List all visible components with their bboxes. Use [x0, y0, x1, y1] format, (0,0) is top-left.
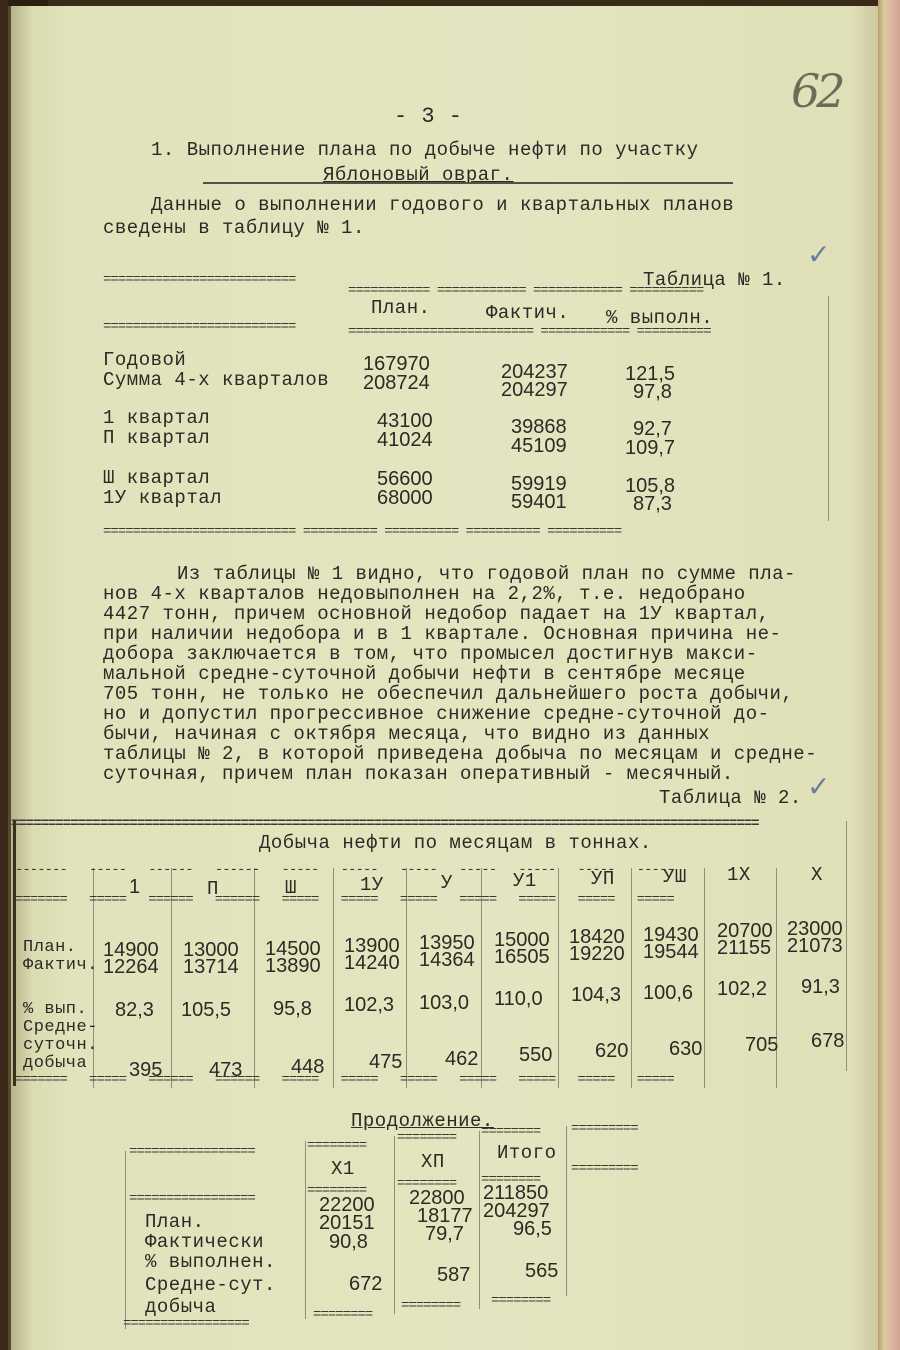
section-title: 1. Выполнение плана по добыче нефти по у… [151, 139, 699, 161]
check-mark-icon: ✓ [807, 770, 830, 803]
pct-value: 95,8 [273, 998, 312, 1021]
paragraph-line: 705 тонн, не только не обеспечил дальней… [103, 683, 793, 705]
avg-value: 475 [369, 1051, 402, 1074]
rule: ================= [129, 1191, 299, 1207]
column-divider [394, 1136, 395, 1314]
row-label-pct: % вып. [23, 1000, 87, 1019]
column-header: Х1 [331, 1158, 355, 1180]
row-label-fact: Фактич. [23, 956, 98, 975]
rule: ========================= ============ =… [348, 324, 828, 340]
row-label-avg: добыча [23, 1054, 87, 1073]
month-header: 1У [360, 874, 384, 896]
plan-value: 41024 [377, 429, 433, 452]
avg-value: 672 [349, 1273, 382, 1296]
row-label: 1У квартал [103, 487, 222, 509]
fact-value: 19544 [643, 941, 699, 964]
rule: ======== [397, 1130, 477, 1146]
fact-value: 16505 [494, 946, 550, 969]
table-border [13, 821, 16, 1086]
pct-value: 103,0 [419, 992, 469, 1015]
title-underline [203, 182, 733, 184]
row-label: 1 квартал [103, 407, 210, 429]
rule: ======== [481, 1124, 563, 1140]
pct-value: 87,3 [633, 493, 672, 516]
paragraph-line: суточная, причем план показан оперативны… [103, 763, 734, 785]
pct-value: 91,3 [801, 976, 840, 999]
rule: ======== [491, 1293, 567, 1309]
paragraph-line: мальной средне-суточной добычи нефти в с… [103, 663, 746, 685]
row-label-plan: План. [145, 1211, 205, 1233]
fact-value: 14240 [344, 952, 400, 975]
month-header: 1 [129, 876, 140, 899]
rule: ================= [129, 1144, 299, 1160]
table-border [828, 296, 829, 521]
avg-value: 705 [745, 1034, 778, 1057]
fact-value: 12264 [103, 956, 159, 979]
paragraph-line: но и допустил прогрессивное снижение сре… [103, 703, 770, 725]
pct-value: 105,5 [181, 999, 231, 1022]
row-label: Сумма 4-х кварталов [103, 369, 329, 391]
row-label-avg: Средне-сут. [145, 1274, 276, 1296]
avg-value: 620 [595, 1040, 628, 1063]
paragraph-line: добора заключается в том, что промысел д… [103, 643, 758, 665]
fact-value: 21155 [717, 937, 771, 960]
row-label: Годовой [103, 349, 186, 371]
month-header: П [207, 878, 219, 900]
table-1-header-plan: План. [371, 297, 431, 319]
row-label: Ш квартал [103, 467, 210, 489]
document-page: 62 - 3 - 1. Выполнение плана по добыче н… [8, 6, 883, 1350]
fact-value: 59401 [511, 491, 567, 514]
paragraph-line: таблицы № 2, в которой приведена добыча … [103, 743, 817, 765]
row-label-pct: % выполнен. [145, 1251, 276, 1273]
fact-value: 204297 [501, 379, 568, 402]
rule: ========================== ========== ==… [103, 524, 828, 540]
month-header: УП [591, 868, 615, 890]
rule: ================= [123, 1316, 293, 1332]
continuation-title: Продолжение. [351, 1110, 494, 1132]
check-mark-icon: ✓ [807, 238, 830, 271]
rule: ======= ===== ====== ====== ===== ===== … [15, 892, 850, 908]
rule: ------- ----- ------ ------ ----- ----- … [15, 862, 850, 878]
paragraph-line: 4427 тонн, причем основной недобор падае… [103, 603, 770, 625]
fact-value: 21073 [787, 935, 843, 958]
row-label-plan: План. [23, 938, 77, 957]
rule: ======== [313, 1307, 393, 1323]
pct-value: 97,8 [633, 381, 672, 404]
month-header: УШ [663, 866, 687, 888]
paragraph-line: бычи, начиная с октября месяца, что видн… [103, 723, 710, 745]
column-divider [479, 1131, 480, 1309]
paragraph-line: при наличии недобора и в 1 квартале. Осн… [103, 623, 781, 645]
plan-value: 68000 [377, 487, 433, 510]
fact-value: 13890 [265, 955, 321, 978]
avg-value: 462 [445, 1048, 478, 1071]
pct-value: 79,7 [425, 1223, 464, 1246]
paragraph-line: Из таблицы № 1 видно, что годовой план п… [177, 563, 796, 585]
pct-value: 82,3 [115, 999, 154, 1022]
month-header: У1 [513, 870, 537, 892]
pct-value: 102,2 [717, 978, 767, 1001]
rule: ======= ===== ====== ====== ===== ===== … [15, 1072, 850, 1088]
table-2-title: Добыча нефти по месяцам в тоннах. [259, 832, 652, 854]
month-header: 1Х [727, 864, 751, 886]
row-label-fact: Фактически [145, 1231, 264, 1253]
row-label-avg: добыча [145, 1296, 216, 1318]
rule: ========================================… [11, 816, 856, 832]
avg-value: 550 [519, 1044, 552, 1067]
table-1-header-fact: Фактич. [486, 302, 569, 324]
intro-line-1: Данные о выполнении годового и квартальн… [151, 194, 734, 216]
row-label-avg: Средне- [23, 1018, 98, 1037]
table-2-caption: Таблица № 2. [659, 787, 802, 809]
rule: ========= [571, 1161, 661, 1177]
column-header: Итого [497, 1142, 557, 1164]
pct-value: 102,3 [344, 994, 394, 1017]
pct-value: 100,6 [643, 982, 693, 1005]
column-divider [566, 1126, 567, 1296]
pct-value: 104,3 [571, 984, 621, 1007]
handwritten-folio-number: 62 [791, 64, 842, 118]
rule: ======== [401, 1298, 477, 1314]
pct-value: 109,7 [625, 437, 675, 460]
row-label-avg: суточн. [23, 1036, 98, 1055]
column-divider [305, 1141, 306, 1319]
pct-value: 90,8 [329, 1231, 368, 1254]
rule: ========================== [103, 272, 329, 288]
table-border [125, 1151, 126, 1329]
month-header: Х [811, 864, 823, 886]
pct-value: 110,0 [494, 988, 543, 1011]
table-border [846, 821, 847, 1071]
row-label: П квартал [103, 427, 210, 449]
intro-line-2: сведены в таблицу № 1. [103, 217, 365, 239]
fact-value: 19220 [569, 943, 625, 966]
pct-value: 96,5 [513, 1218, 552, 1241]
column-header: ХП [421, 1151, 445, 1173]
month-header: У [441, 872, 453, 894]
fact-value: 45109 [511, 435, 567, 458]
rule: ========================== [103, 319, 329, 335]
avg-value: 630 [669, 1038, 702, 1061]
avg-value: 678 [811, 1030, 844, 1053]
plan-value: 208724 [363, 372, 430, 395]
month-header: Ш [285, 877, 297, 899]
avg-value: 565 [525, 1260, 558, 1283]
paragraph-line: нов 4-х кварталов недовыполнен на 2,2%, … [103, 583, 746, 605]
fact-value: 13714 [183, 956, 239, 979]
rule: ========= [571, 1121, 661, 1137]
avg-value: 587 [437, 1264, 470, 1287]
fact-value: 14364 [419, 949, 475, 972]
rule: ======== [307, 1138, 391, 1154]
page-number: - 3 - [394, 104, 463, 129]
binding-spine [878, 0, 900, 1350]
